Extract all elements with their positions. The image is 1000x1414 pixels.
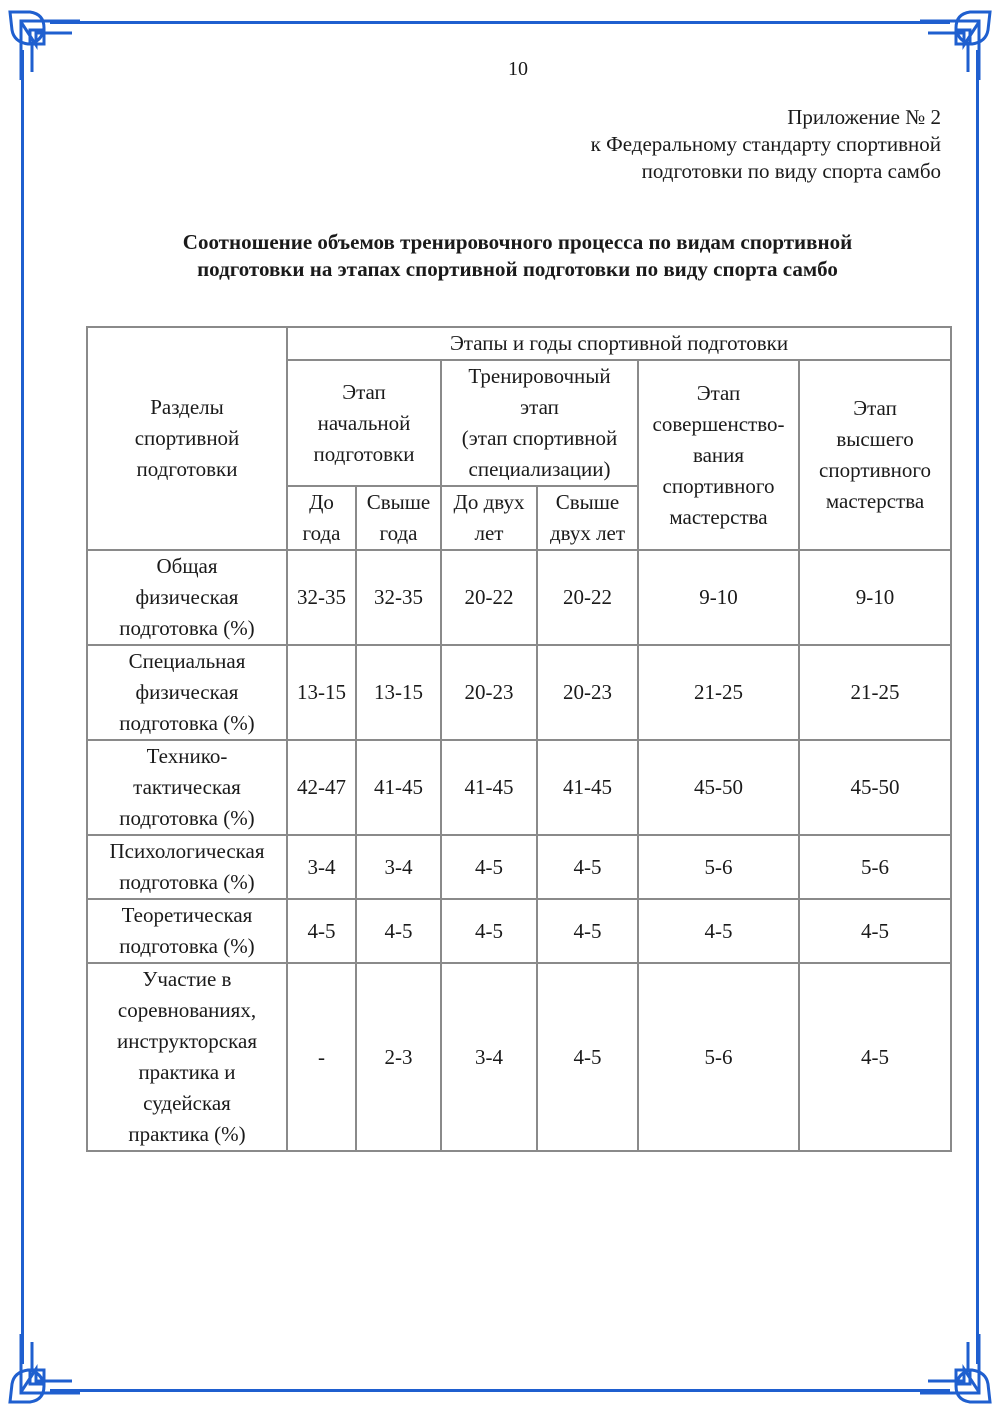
value-cell: 4-5 <box>537 963 638 1151</box>
cell-text-line: Свыше <box>357 487 440 518</box>
cell-text-line: года <box>357 518 440 549</box>
cell-text-line: физическая <box>88 677 286 708</box>
value-cell: 4-5 <box>441 899 537 963</box>
value-cell: 42-47 <box>287 740 356 835</box>
cell-text-line: Психологическая <box>88 836 286 867</box>
value-cell: 20-23 <box>441 645 537 740</box>
cell-text-line: Общая <box>88 551 286 582</box>
value-cell: 41-45 <box>441 740 537 835</box>
value-cell: 4-5 <box>441 835 537 899</box>
appendix-reference: Приложение № 2 к Федеральному стандарту … <box>591 104 941 185</box>
cell-text-line: Участие в <box>88 964 286 995</box>
header-stage-training: Тренировочныйэтап(этап спортивнойспециал… <box>441 360 638 486</box>
cell-text-line: Этап <box>800 393 950 424</box>
cell-text-line: Этап <box>288 377 440 408</box>
frame-bottom-line <box>50 1389 950 1392</box>
cell-text-line: подготовка (%) <box>88 931 286 962</box>
row-section-label: Специальнаяфизическаяподготовка (%) <box>87 645 287 740</box>
frame-left-line <box>21 50 24 1364</box>
cell-text-line: мастерства <box>800 486 950 517</box>
value-cell: 4-5 <box>537 899 638 963</box>
cell-text-line: (этап спортивной <box>442 423 637 454</box>
row-section-label: Участие всоревнованиях,инструкторскаяпра… <box>87 963 287 1151</box>
corner-ornament-icon <box>0 1334 80 1414</box>
cell-text-line: лет <box>442 518 536 549</box>
cell-text-line: практика и <box>88 1057 286 1088</box>
cell-text-line: Технико- <box>88 741 286 772</box>
value-cell: 4-5 <box>356 899 441 963</box>
value-cell: 45-50 <box>638 740 799 835</box>
value-cell: 32-35 <box>287 550 356 645</box>
value-cell: 4-5 <box>799 963 951 1151</box>
table-row: Психологическаяподготовка (%)3-43-44-54-… <box>87 835 951 899</box>
cell-text-line: инструкторская <box>88 1026 286 1057</box>
value-cell: 9-10 <box>799 550 951 645</box>
value-cell: 45-50 <box>799 740 951 835</box>
row-section-label: Технико-тактическаяподготовка (%) <box>87 740 287 835</box>
header-sub-column: Свышедвух лет <box>537 486 638 550</box>
value-cell: 20-22 <box>441 550 537 645</box>
cell-text-line: До двух <box>442 487 536 518</box>
cell-text-line: высшего <box>800 424 950 455</box>
table-row: Участие всоревнованиях,инструкторскаяпра… <box>87 963 951 1151</box>
row-section-label: Психологическаяподготовка (%) <box>87 835 287 899</box>
value-cell: 41-45 <box>537 740 638 835</box>
header-stages-group: Этапы и годы спортивной подготовки <box>287 327 951 360</box>
cell-text-line: подготовки <box>288 439 440 470</box>
value-cell: 5-6 <box>799 835 951 899</box>
value-cell: 13-15 <box>287 645 356 740</box>
value-cell: 32-35 <box>356 550 441 645</box>
cell-text-line: этап <box>442 392 637 423</box>
value-cell: 4-5 <box>287 899 356 963</box>
frame-right-line <box>976 50 979 1364</box>
cell-text-line: подготовка (%) <box>88 708 286 739</box>
cell-text-line: спортивного <box>639 471 798 502</box>
value-cell: 20-22 <box>537 550 638 645</box>
value-cell: 4-5 <box>799 899 951 963</box>
page-number: 10 <box>0 58 1000 81</box>
cell-text-line: подготовка (%) <box>88 803 286 834</box>
cell-text-line: судейская <box>88 1088 286 1119</box>
row-section-label: Общаяфизическаяподготовка (%) <box>87 550 287 645</box>
value-cell: 2-3 <box>356 963 441 1151</box>
cell-text-line: тактическая <box>88 772 286 803</box>
header-stage-improvement: Этапсовершенство-ванияспортивногомастерс… <box>638 360 799 550</box>
cell-text-line: Разделы <box>88 392 286 423</box>
table-row: Технико-тактическаяподготовка (%)42-4741… <box>87 740 951 835</box>
cell-text-line: физическая <box>88 582 286 613</box>
value-cell: 9-10 <box>638 550 799 645</box>
header-sub-column: Свышегода <box>356 486 441 550</box>
value-cell: 3-4 <box>356 835 441 899</box>
cell-text-line: Свыше <box>538 487 637 518</box>
training-ratio-table: Разделыспортивнойподготовки Этапы и годы… <box>86 326 952 1152</box>
header-sections: Разделыспортивнойподготовки <box>87 327 287 550</box>
table-row: Общаяфизическаяподготовка (%)32-3532-352… <box>87 550 951 645</box>
row-section-label: Теоретическаяподготовка (%) <box>87 899 287 963</box>
cell-text-line: Теоретическая <box>88 900 286 931</box>
cell-text-line: специализации) <box>442 454 637 485</box>
cell-text-line: вания <box>639 440 798 471</box>
appendix-line: к Федеральному стандарту спортивной <box>591 131 941 158</box>
cell-text-line: спортивного <box>800 455 950 486</box>
appendix-line: подготовки по виду спорта самбо <box>591 158 941 185</box>
cell-text-line: Этап <box>639 378 798 409</box>
cell-text-line: Тренировочный <box>442 361 637 392</box>
cell-text-line: До <box>288 487 355 518</box>
cell-text-line: практика (%) <box>88 1119 286 1150</box>
cell-text-line: начальной <box>288 408 440 439</box>
cell-text-line: соревнованиях, <box>88 995 286 1026</box>
value-cell: 20-23 <box>537 645 638 740</box>
corner-ornament-icon <box>920 1334 1000 1414</box>
frame-top-line <box>50 21 950 24</box>
header-stage-initial: Этапначальнойподготовки <box>287 360 441 486</box>
value-cell: - <box>287 963 356 1151</box>
cell-text-line: двух лет <box>538 518 637 549</box>
header-sub-column: Догода <box>287 486 356 550</box>
value-cell: 13-15 <box>356 645 441 740</box>
cell-text-line: года <box>288 518 355 549</box>
cell-text-line: Специальная <box>88 646 286 677</box>
value-cell: 4-5 <box>537 835 638 899</box>
value-cell: 41-45 <box>356 740 441 835</box>
table-row: Специальнаяфизическаяподготовка (%)13-15… <box>87 645 951 740</box>
value-cell: 3-4 <box>287 835 356 899</box>
value-cell: 5-6 <box>638 835 799 899</box>
cell-text-line: подготовка (%) <box>88 867 286 898</box>
appendix-line: Приложение № 2 <box>591 104 941 131</box>
title-line: подготовки на этапах спортивной подготов… <box>80 256 955 283</box>
cell-text-line: совершенство- <box>639 409 798 440</box>
cell-text-line: подготовка (%) <box>88 613 286 644</box>
value-cell: 21-25 <box>799 645 951 740</box>
value-cell: 5-6 <box>638 963 799 1151</box>
cell-text-line: мастерства <box>639 502 798 533</box>
value-cell: 4-5 <box>638 899 799 963</box>
value-cell: 3-4 <box>441 963 537 1151</box>
title-line: Соотношение объемов тренировочного проце… <box>80 229 955 256</box>
header-stage-higher-mastery: Этапвысшегоспортивногомастерства <box>799 360 951 550</box>
cell-text-line: подготовки <box>88 454 286 485</box>
cell-text-line: спортивной <box>88 423 286 454</box>
table-row: Теоретическаяподготовка (%)4-54-54-54-54… <box>87 899 951 963</box>
document-title: Соотношение объемов тренировочного проце… <box>80 229 955 283</box>
header-sub-column: До двухлет <box>441 486 537 550</box>
value-cell: 21-25 <box>638 645 799 740</box>
